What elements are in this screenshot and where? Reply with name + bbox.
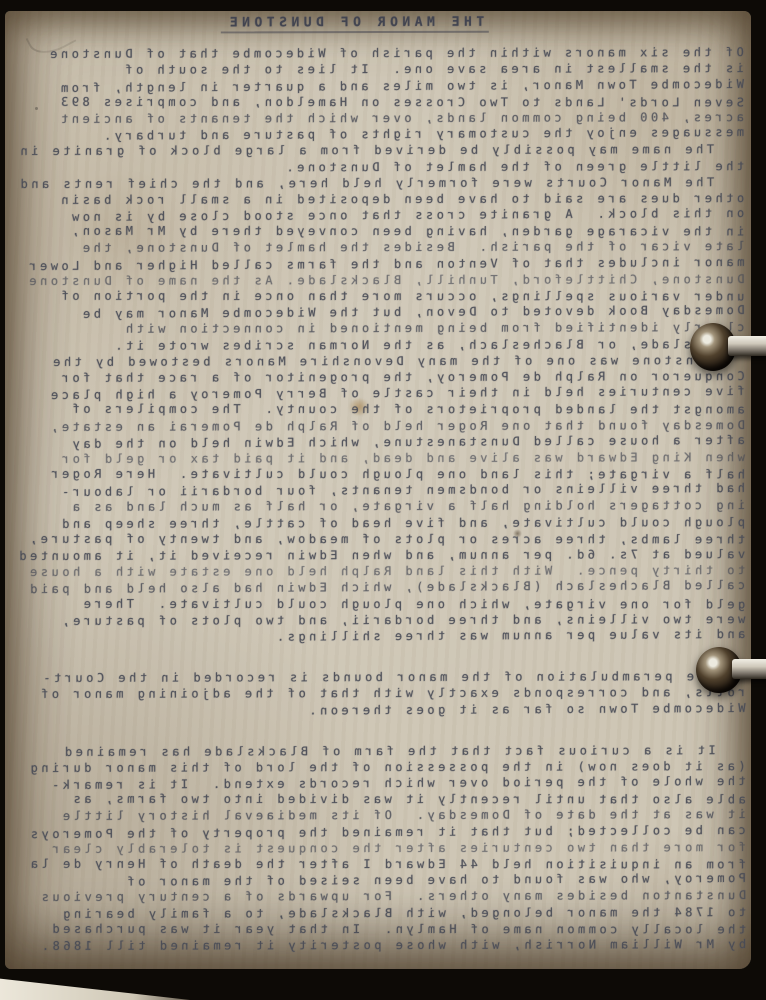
paragraph: The Manor Courts were formerly held here… xyxy=(22,174,744,354)
text-line: and its value per annum was three shilli… xyxy=(23,626,745,646)
body-text: Of the six manors within the parish of W… xyxy=(22,44,746,954)
text-line: ing cottagers holding half a virgate, or… xyxy=(23,498,745,516)
text-line: amongst the landed proprietors of the co… xyxy=(23,401,745,418)
text-line: when King Edward was alive and dead, and… xyxy=(23,449,745,467)
binder-ring xyxy=(690,323,736,371)
page-title: THE MANOR OF DUNSTONE xyxy=(0,14,716,32)
paragraph: The perambulation of the manor bounds is… xyxy=(23,668,745,718)
text-line: Dunstone was one of the many Devonshire … xyxy=(23,352,745,370)
paragraph: The name may possibly be derived from a … xyxy=(22,141,744,175)
text-line: The perambulation of the manor bounds is… xyxy=(23,668,745,686)
text-line: geld for one virgate, which one plough c… xyxy=(23,595,745,612)
text-line: Of the six manors within the parish of W… xyxy=(22,44,744,62)
text-line: called Blacheslach (Blackslade), which E… xyxy=(23,577,745,597)
binder-ring xyxy=(696,647,742,693)
text-line: able also that until recently it was div… xyxy=(24,791,746,808)
text-line: in the vicarage garden, having been conv… xyxy=(22,223,744,240)
text-line: valued at 7s. 6d. per annum, and when Ed… xyxy=(23,546,745,564)
paragraph: Of the six manors within the parish of W… xyxy=(22,44,744,143)
text-line: Dunstone, Chittleford, Tunhill, Blacksla… xyxy=(22,271,744,289)
text-line: clearly identified from being mentioned … xyxy=(23,319,745,337)
text-line: the little green of the hamlet of Dunsto… xyxy=(22,158,744,176)
paragraph: Dunstone was one of the many Devonshire … xyxy=(23,352,746,645)
backing-sheet-sliver xyxy=(0,974,190,1000)
text-line: Widecombe Town so far as it goes thereon… xyxy=(24,699,746,719)
text-line: the locally common name of Hamlyn. In th… xyxy=(24,920,746,937)
binder-ring-shaft xyxy=(732,659,766,679)
text-line: The name may possibly be derived from a … xyxy=(22,141,744,159)
mirrored-text-block: THE MANOR OF DUNSTONE Of the six manors … xyxy=(22,14,746,954)
text-line: to 1784 the manor belonged, with Blacksl… xyxy=(24,904,746,922)
binder-ring-shaft xyxy=(728,336,766,356)
text-line: It is a curious fact that the farm of Bl… xyxy=(24,742,746,760)
text-line: for more than two centuries after the co… xyxy=(24,839,746,857)
paragraph: It is a curious fact that the farm of Bl… xyxy=(24,742,747,954)
text-line: Dunstanton besides many others. For upwa… xyxy=(24,887,746,905)
text-line: The Manor Courts were formerly held here… xyxy=(22,174,744,192)
photo-of-document: THE MANOR OF DUNSTONE Of the six manors … xyxy=(0,0,766,1000)
text-line: by Mr William Norrish, with whose poster… xyxy=(24,936,746,954)
page-title-text: THE MANOR OF DUNSTONE xyxy=(220,15,489,34)
text-line: Seven Lords' Lands to Two Crosses on Ham… xyxy=(22,93,744,110)
text-line: three lambs, three acres or plots of mea… xyxy=(23,531,745,548)
text-line: Blackslade, or Blacheslach, as the Norma… xyxy=(23,336,745,354)
text-line: plough could cultivate, and five head of… xyxy=(23,514,745,532)
